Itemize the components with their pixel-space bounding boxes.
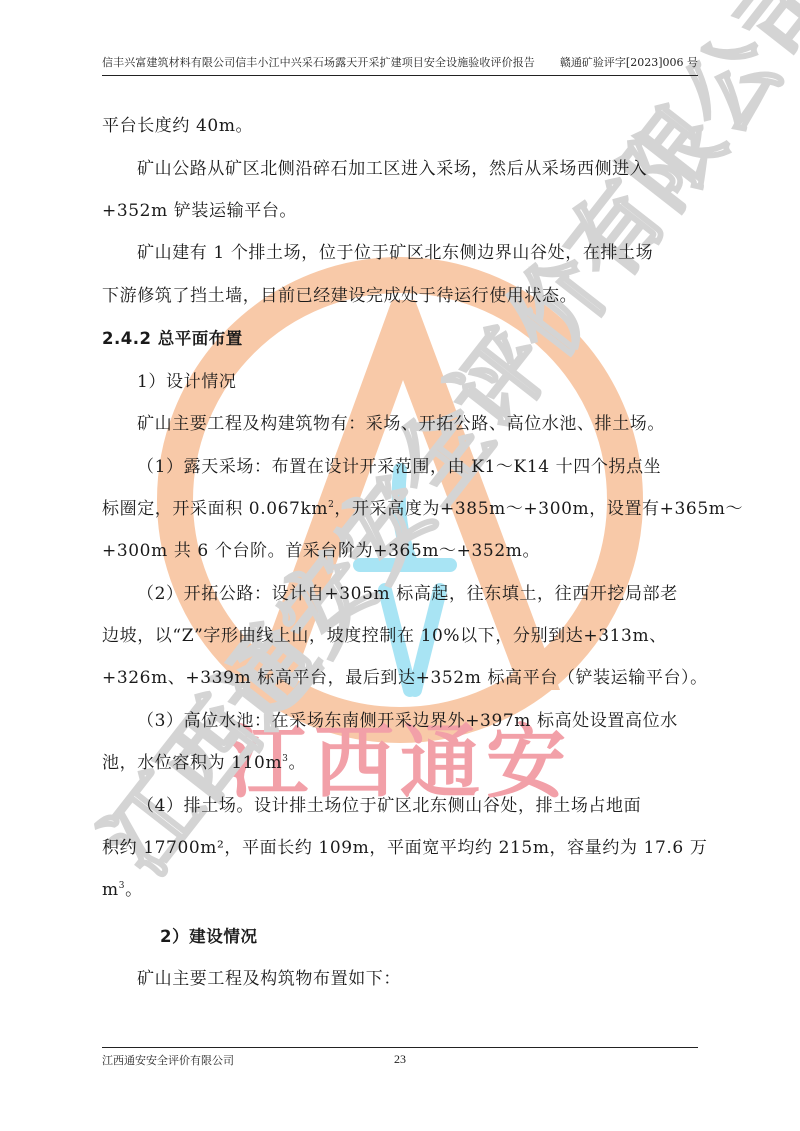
footer-divider	[102, 1047, 698, 1048]
text-fragment: 标圈定，开采面积 0.067km	[102, 499, 328, 519]
text-fragment: 池，水位容积为 110m	[102, 753, 282, 773]
document-page: 江西通安 江西通安安全评价有限公司 信丰兴富建筑材料有限公司信丰小江中兴采石场露…	[0, 0, 800, 1131]
page-header: 信丰兴富建筑材料有限公司信丰小江中兴采石场露天开采扩建项目安全设施验收评价报告 …	[102, 54, 698, 72]
list-item-line: +326m、+339m 标高平台，最后到达+352m 标高平台（铲装运输平台）。	[102, 666, 702, 690]
page-number: 23	[394, 1052, 406, 1067]
list-item-line: +300m 共 6 个台阶。首采台阶为+365m～+352m。	[102, 539, 702, 563]
subsection-heading: 1）设计情况	[137, 370, 737, 394]
text-fragment: m	[102, 880, 119, 900]
list-item-line: （1）露天采场：布置在设计开采范围，由 K1～K14 十四个拐点坐	[137, 455, 737, 479]
paragraph-line: +352m 铲装运输平台。	[102, 199, 702, 223]
paragraph-line: 矿山建有 1 个排土场，位于位于矿区北东侧边界山谷处，在排土场	[137, 241, 737, 265]
list-item-line: m3。	[102, 878, 702, 902]
list-item-line: （2）开拓公路：设计自+305m 标高起，往东填土，往西开挖局部老	[137, 582, 737, 606]
paragraph-line: 矿山主要工程及构筑物布置如下：	[137, 967, 737, 991]
paragraph-line: 平台长度约 40m。	[102, 114, 702, 138]
list-item-line: 边坡，以“Z”字形曲线上山，坡度控制在 10%以下，分别到达+313m、	[102, 624, 702, 648]
paragraph-line: 矿山主要工程及构建筑物有：采场、开拓公路、高位水池、排土场。	[137, 412, 737, 436]
list-item-line: （3）高位水池：在采场东南侧开采边界外+397m 标高处设置高位水	[137, 709, 737, 733]
header-divider	[102, 75, 698, 76]
report-title: 信丰兴富建筑材料有限公司信丰小江中兴采石场露天开采扩建项目安全设施验收评价报告	[102, 54, 535, 70]
list-item-line: 积约 17700m²，平面长约 109m，平面宽平均约 215m，容量约为 17…	[102, 836, 702, 860]
footer-company: 江西通安安全评价有限公司	[102, 1052, 234, 1068]
text-fragment: ，开采高度为+385m～+300m，设置有+365m～	[334, 499, 743, 519]
document-number: 赣通矿验评字[2023]006 号	[560, 54, 698, 70]
text-fragment: 。	[125, 880, 143, 900]
text-fragment: 。	[289, 753, 307, 773]
section-heading: 2.4.2 总平面布置	[102, 327, 702, 351]
paragraph-line: 下游修筑了挡土墙，目前已经建设完成处于待运行使用状态。	[102, 284, 702, 308]
list-item-line: 池，水位容积为 110m3。	[102, 751, 702, 775]
paragraph-line: 矿山公路从矿区北侧沿碎石加工区进入采场，然后从采场西侧进入	[137, 157, 737, 181]
subsection-heading: 2）建设情况	[160, 925, 760, 949]
list-item-line: 标圈定，开采面积 0.067km2，开采高度为+385m～+300m，设置有+3…	[102, 497, 702, 521]
list-item-line: （4）排土场。设计排土场位于矿区北东侧山谷处，排土场占地面	[137, 794, 737, 818]
